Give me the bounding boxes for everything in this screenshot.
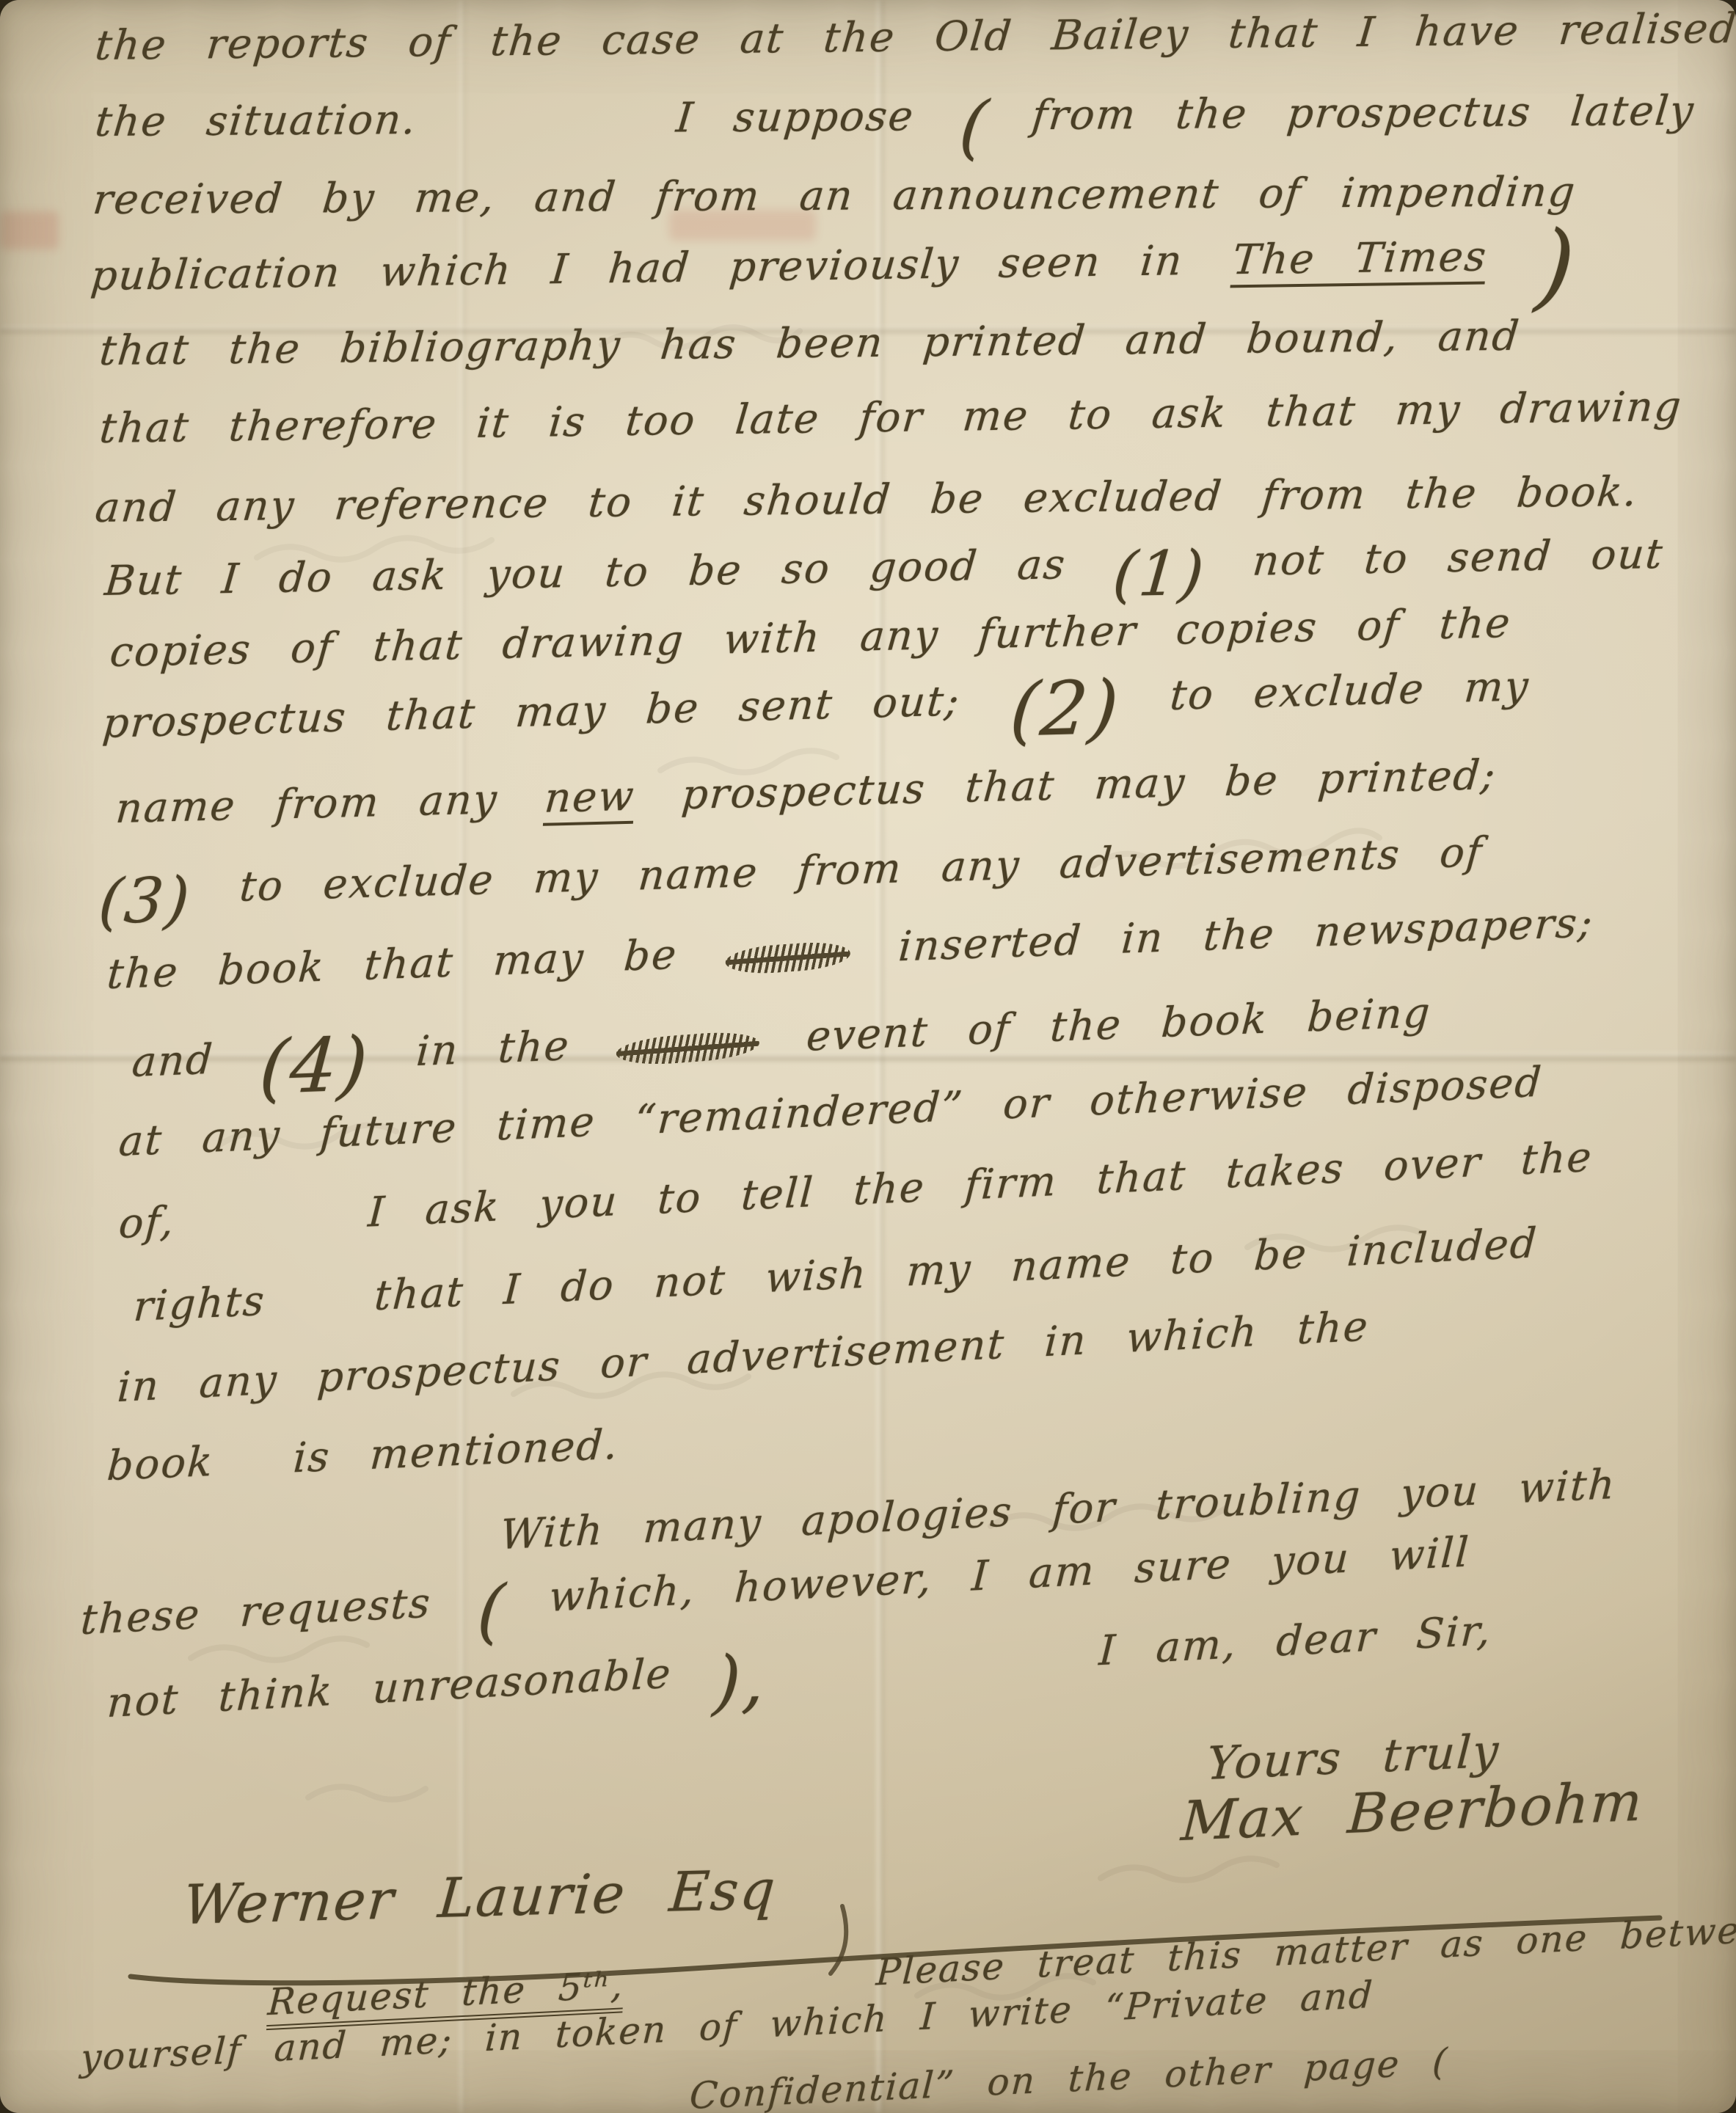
handwritten-text: publication which I had previously seen … xyxy=(89,237,1185,300)
letter-photo: { "page": { "paper_color": "#d6cab0", "i… xyxy=(0,0,1736,2113)
handwritten-text: ( xyxy=(956,87,993,167)
handwritten-text: these requests xyxy=(79,1580,432,1645)
handwritten-text: (4) xyxy=(257,1021,372,1112)
handwritten-text: Confidential” on the other page ( xyxy=(688,2040,1449,2113)
handwritten-text: not think unreasonable xyxy=(106,1650,673,1728)
handwritten-text: ) xyxy=(1533,210,1581,321)
letter-paper: the reports of the case at the Old Baile… xyxy=(0,0,1736,2113)
handwritten-text: I ask you to tell the firm that takes ov… xyxy=(367,1134,1594,1237)
handwritten-text: name from any xyxy=(114,776,500,833)
line-06: that therefore it is too late for me to … xyxy=(98,387,1684,448)
handwritten-text: the situation. xyxy=(93,96,419,146)
handwritten-text: and xyxy=(131,1036,216,1087)
handwritten-text: ), xyxy=(712,1639,768,1723)
line-09: copies of that drawing with any further … xyxy=(109,604,1513,672)
crossed-out-word xyxy=(616,1029,759,1068)
line-04: publication which I had previously seen … xyxy=(90,236,1579,296)
line-18: in any prospectus or advertisement in wh… xyxy=(117,1307,1371,1407)
handwritten-text: Werner Laurie Esq xyxy=(181,1858,779,1937)
handwritten-text: and any reference to it should be exclud… xyxy=(93,468,1641,532)
line-10: prospectus that may be sent out; (2) to … xyxy=(101,667,1531,743)
handwritten-text: (2) xyxy=(1007,664,1123,753)
handwritten-text: (3) xyxy=(96,864,194,938)
handwritten-text: in the xyxy=(415,1022,572,1076)
line-05: that the bibliography has been printed a… xyxy=(98,317,1522,371)
handwritten-text: I suppose xyxy=(674,92,916,142)
handwritten-text: from the prospectus lately xyxy=(1030,87,1697,139)
letter-lines: the reports of the case at the Old Baile… xyxy=(0,0,1736,2113)
line-08: But I do ask you to be so good as (1) no… xyxy=(103,535,1666,601)
handwritten-text: received by me, and from an announcement… xyxy=(91,168,1578,224)
handwritten-text: prospectus that may be printed; xyxy=(680,751,1498,819)
line-07: and any reference to it should be exclud… xyxy=(93,472,1639,528)
handwritten-text: that therefore it is too late for me to … xyxy=(98,383,1684,453)
handwritten-text: (1) xyxy=(1110,537,1208,610)
handwritten-text: the book that may be xyxy=(106,931,679,999)
handwritten-text: The Times xyxy=(1230,233,1489,288)
valediction: Yours truly xyxy=(1206,1729,1501,1786)
handwritten-text: prospectus that may be sent out; xyxy=(101,677,962,748)
line-03: received by me, and from an announcement… xyxy=(91,172,1578,219)
handwritten-text: copies of that drawing with any further … xyxy=(108,599,1513,676)
handwritten-text: in any prospectus or advertisement in wh… xyxy=(116,1302,1370,1412)
handwritten-text: rights xyxy=(132,1277,267,1331)
handwritten-text: event of the book being xyxy=(805,989,1433,1061)
line-14: and (4) in the event of the book being xyxy=(131,993,1432,1082)
handwritten-text: I am, dear Sir, xyxy=(1098,1607,1492,1675)
handwritten-text: But I do ask you to be so good as xyxy=(103,541,1068,605)
handwritten-text: ( xyxy=(475,1570,508,1652)
handwritten-text: inserted in the newspapers; xyxy=(897,899,1595,971)
line-12: (3) to exclude my name from any advertis… xyxy=(98,833,1484,910)
handwritten-text: that the bibliography has been printed a… xyxy=(98,313,1522,375)
handwritten-text: not to send out xyxy=(1251,530,1666,585)
handwritten-text: the reports of the case at the Old Baile… xyxy=(93,5,1736,70)
line-13: the book that may be inserted in the new… xyxy=(106,903,1595,994)
handwritten-text: to exclude my xyxy=(1168,663,1531,720)
handwritten-text: of, xyxy=(117,1197,176,1248)
handwritten-text: book xyxy=(106,1438,215,1490)
handwritten-text: new xyxy=(542,773,637,826)
signature: Max Beerbohm xyxy=(1180,1776,1645,1847)
handwritten-text: is mentioned. xyxy=(292,1421,620,1483)
line-11: name from any new prospectus that may be… xyxy=(114,756,1498,828)
addressee: Werner Laurie Esq xyxy=(181,1864,778,1932)
line-02: the situation. I suppose ( from the pros… xyxy=(93,92,1696,142)
crossed-out-word xyxy=(725,940,851,977)
postscript-3: Confidential” on the other page ( xyxy=(689,2045,1450,2113)
line-19: book is mentioned. xyxy=(106,1426,620,1486)
line-01: the reports of the case at the Old Baile… xyxy=(93,10,1736,66)
handwritten-text: to exclude my name from any advertisemen… xyxy=(238,828,1484,910)
